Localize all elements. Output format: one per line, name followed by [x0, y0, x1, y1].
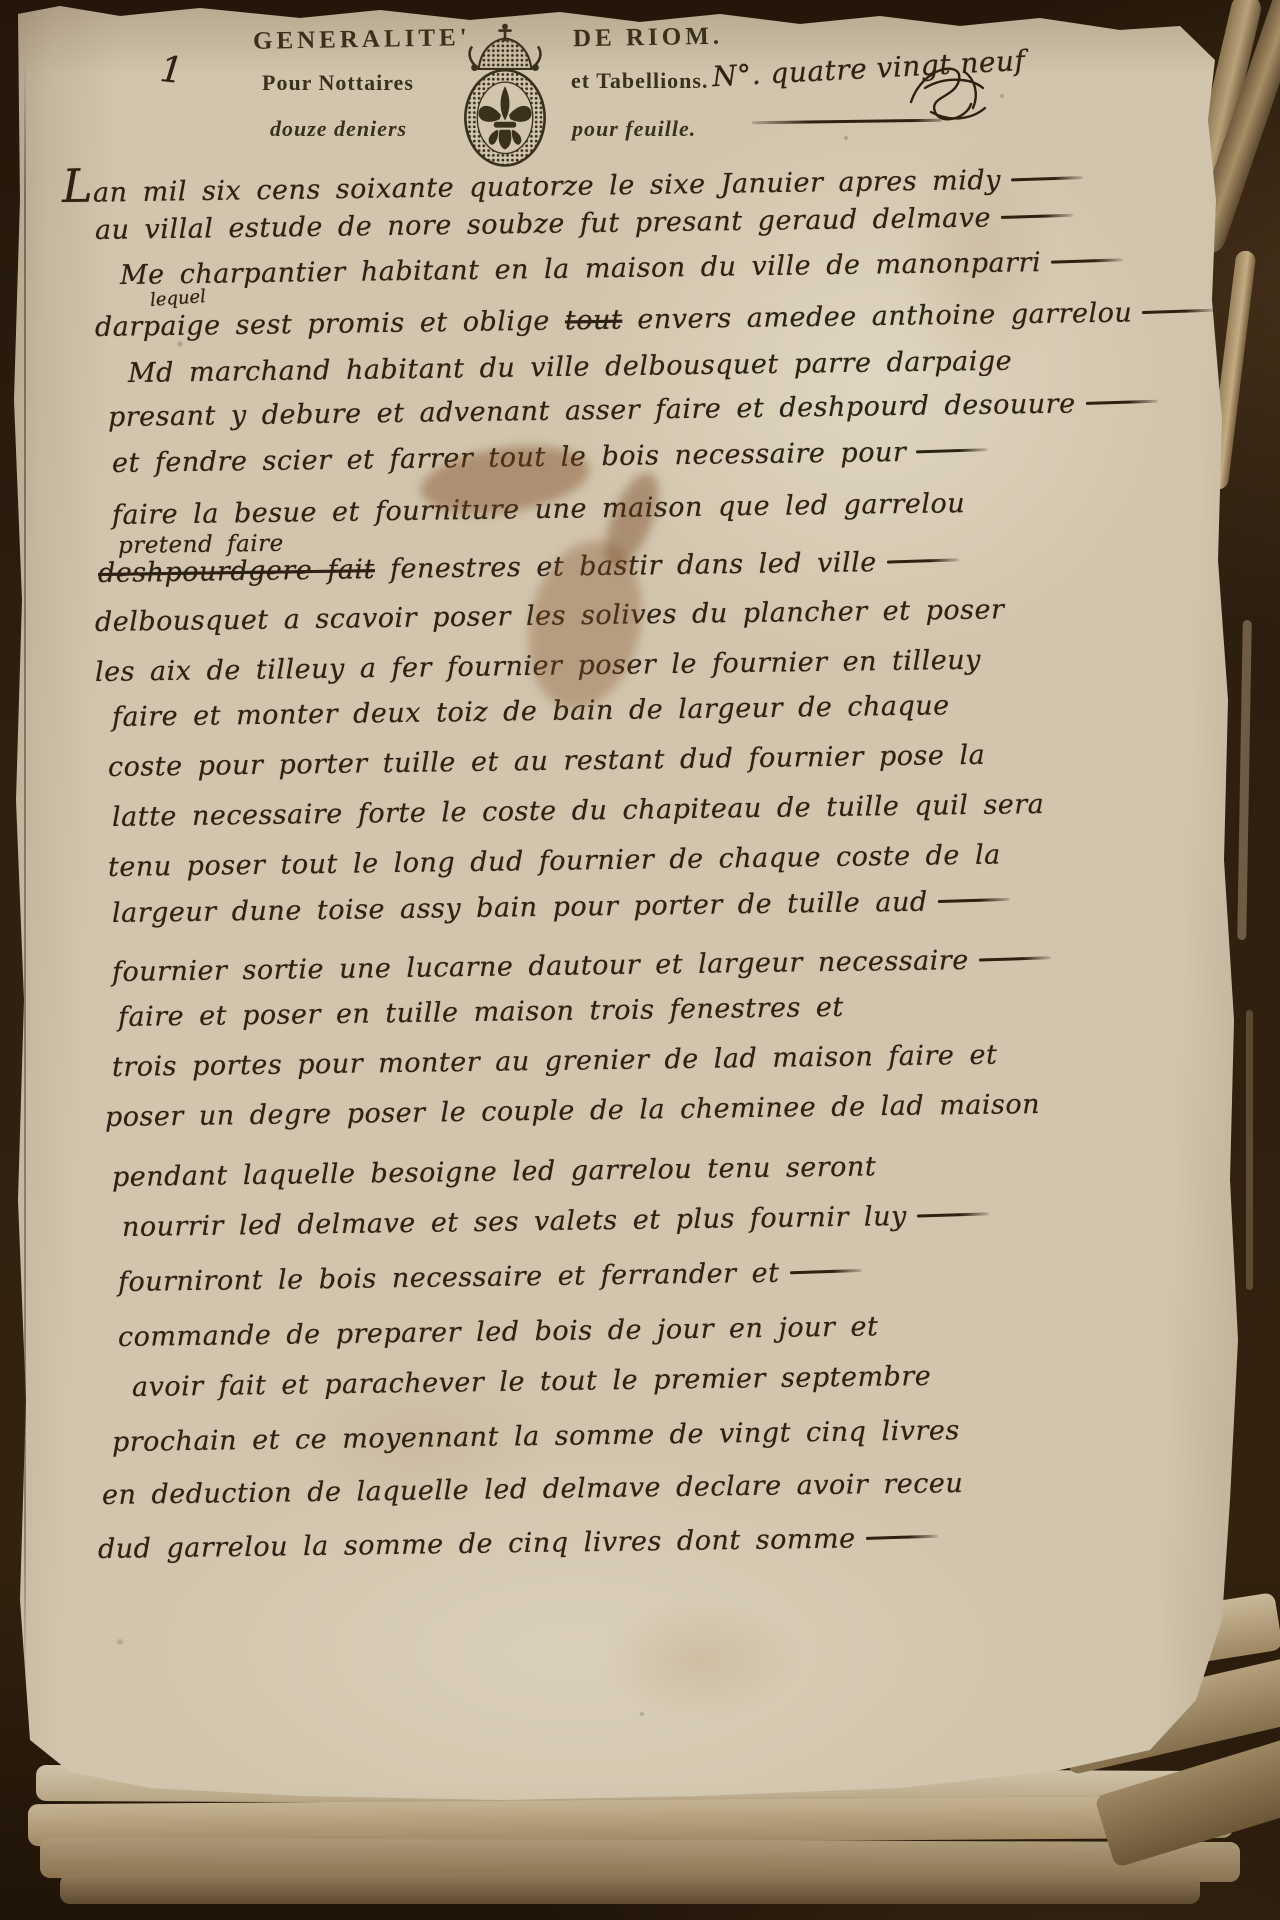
ink-trail-stroke [1142, 309, 1214, 314]
manuscript-line: latte necessaire forte le coste du chapi… [112, 789, 1045, 833]
manuscript-line: Md marchand habitant du ville delbousque… [128, 346, 1013, 389]
manuscript-line: tenu poser tout le long dud fournier de … [108, 840, 1001, 883]
manuscript-line: largeur dune toise assy bain pour porter… [112, 885, 1010, 929]
ink-trail-stroke [1051, 258, 1123, 263]
ink-trail-stroke [916, 448, 988, 453]
manuscript-line: faire et monter deux toiz de bain de lar… [112, 690, 950, 733]
manuscript-line: poser un degre poser le couple de la che… [105, 1089, 1040, 1133]
manuscript-line: delbousquet a scavoir poser les solives … [95, 594, 1005, 638]
manuscript-body: Lan mil six cens soixante quatorze le si… [0, 0, 1280, 1920]
manuscript-line: trois portes pour monter au grenier de l… [112, 1040, 998, 1083]
manuscript-line: prochain et ce moyennant la somme de vin… [112, 1415, 960, 1458]
book-photo: GENERALITE' DE RIOM. Pour Nottaires et T… [0, 0, 1280, 1920]
manuscript-line: Lan mil six cens soixante quatorze le si… [62, 154, 1083, 209]
manuscript-line: fourniront le bois necessaire et ferrand… [118, 1257, 862, 1298]
manuscript-line: nourrir led delmave et ses valets et plu… [122, 1200, 989, 1243]
manuscript-line: darpaige sest promis et oblige tout enve… [95, 296, 1215, 343]
manuscript-line: les aix de tilleuy a fer fournier poser … [95, 645, 981, 688]
manuscript-line: et fendre scier et farrer tout le bois n… [112, 436, 989, 479]
manuscript-line: commande de preparer led bois de jour en… [118, 1311, 879, 1353]
ink-trail-stroke [1001, 214, 1073, 219]
manuscript-line: au villal estude de nore soubze fut pres… [95, 201, 1073, 246]
ink-trail-stroke [789, 1269, 861, 1274]
manuscript-line: en deduction de laquelle led delmave dec… [102, 1468, 964, 1511]
ink-trail-stroke [938, 898, 1010, 903]
ink-trail-stroke [917, 1212, 989, 1217]
ink-trail-stroke [866, 1535, 938, 1540]
manuscript-line: faire et poser en tuille maison trois fe… [118, 992, 844, 1033]
ink-trail-stroke [979, 956, 1051, 961]
ink-trail-stroke [1011, 176, 1083, 181]
manuscript-line: avoir fait et parachever le tout le prem… [132, 1361, 932, 1403]
manuscript-line: presant y debure et advenant asser faire… [108, 387, 1158, 433]
manuscript-line: fournier sortie une lucarne dautour et l… [112, 944, 1051, 988]
ink-trail-stroke [887, 558, 959, 563]
manuscript-line: dud garrelou la somme de cinq livres don… [98, 1522, 938, 1565]
ink-trail-stroke [1086, 400, 1158, 405]
manuscript-line: pendant laquelle besoigne led garrelou t… [112, 1151, 877, 1193]
manuscript-line: coste pour porter tuille et au restant d… [108, 740, 986, 783]
manuscript-line: Me charpantier habitant en la maison du … [120, 246, 1124, 291]
manuscript-line: faire la besue et fourniture une maison … [112, 488, 966, 531]
